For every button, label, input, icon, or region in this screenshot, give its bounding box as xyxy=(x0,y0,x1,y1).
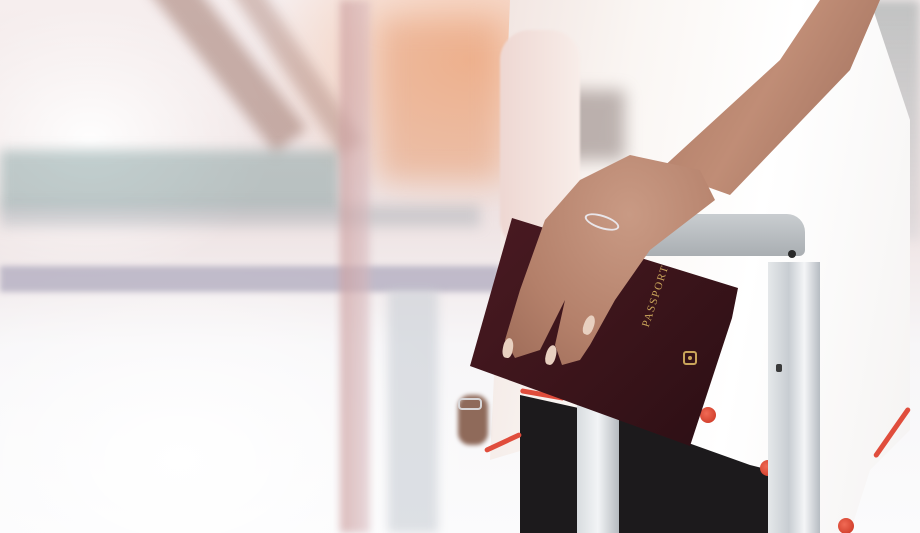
luggage-pole-left xyxy=(577,400,619,533)
window-rail xyxy=(0,266,500,292)
light-glow xyxy=(380,20,500,180)
pole-hole xyxy=(776,364,782,372)
luggage-pole-right xyxy=(768,262,820,533)
window-post xyxy=(340,0,370,533)
background-structure xyxy=(0,150,340,210)
photo-scene: PASSPORT xyxy=(0,0,920,533)
shirt-button xyxy=(838,518,854,533)
ring-icon xyxy=(458,398,482,410)
window-post xyxy=(388,290,438,533)
handle-hole xyxy=(788,250,796,258)
background-structure xyxy=(0,205,480,227)
biometric-chip-icon xyxy=(683,351,697,365)
shirt-button xyxy=(700,407,716,423)
